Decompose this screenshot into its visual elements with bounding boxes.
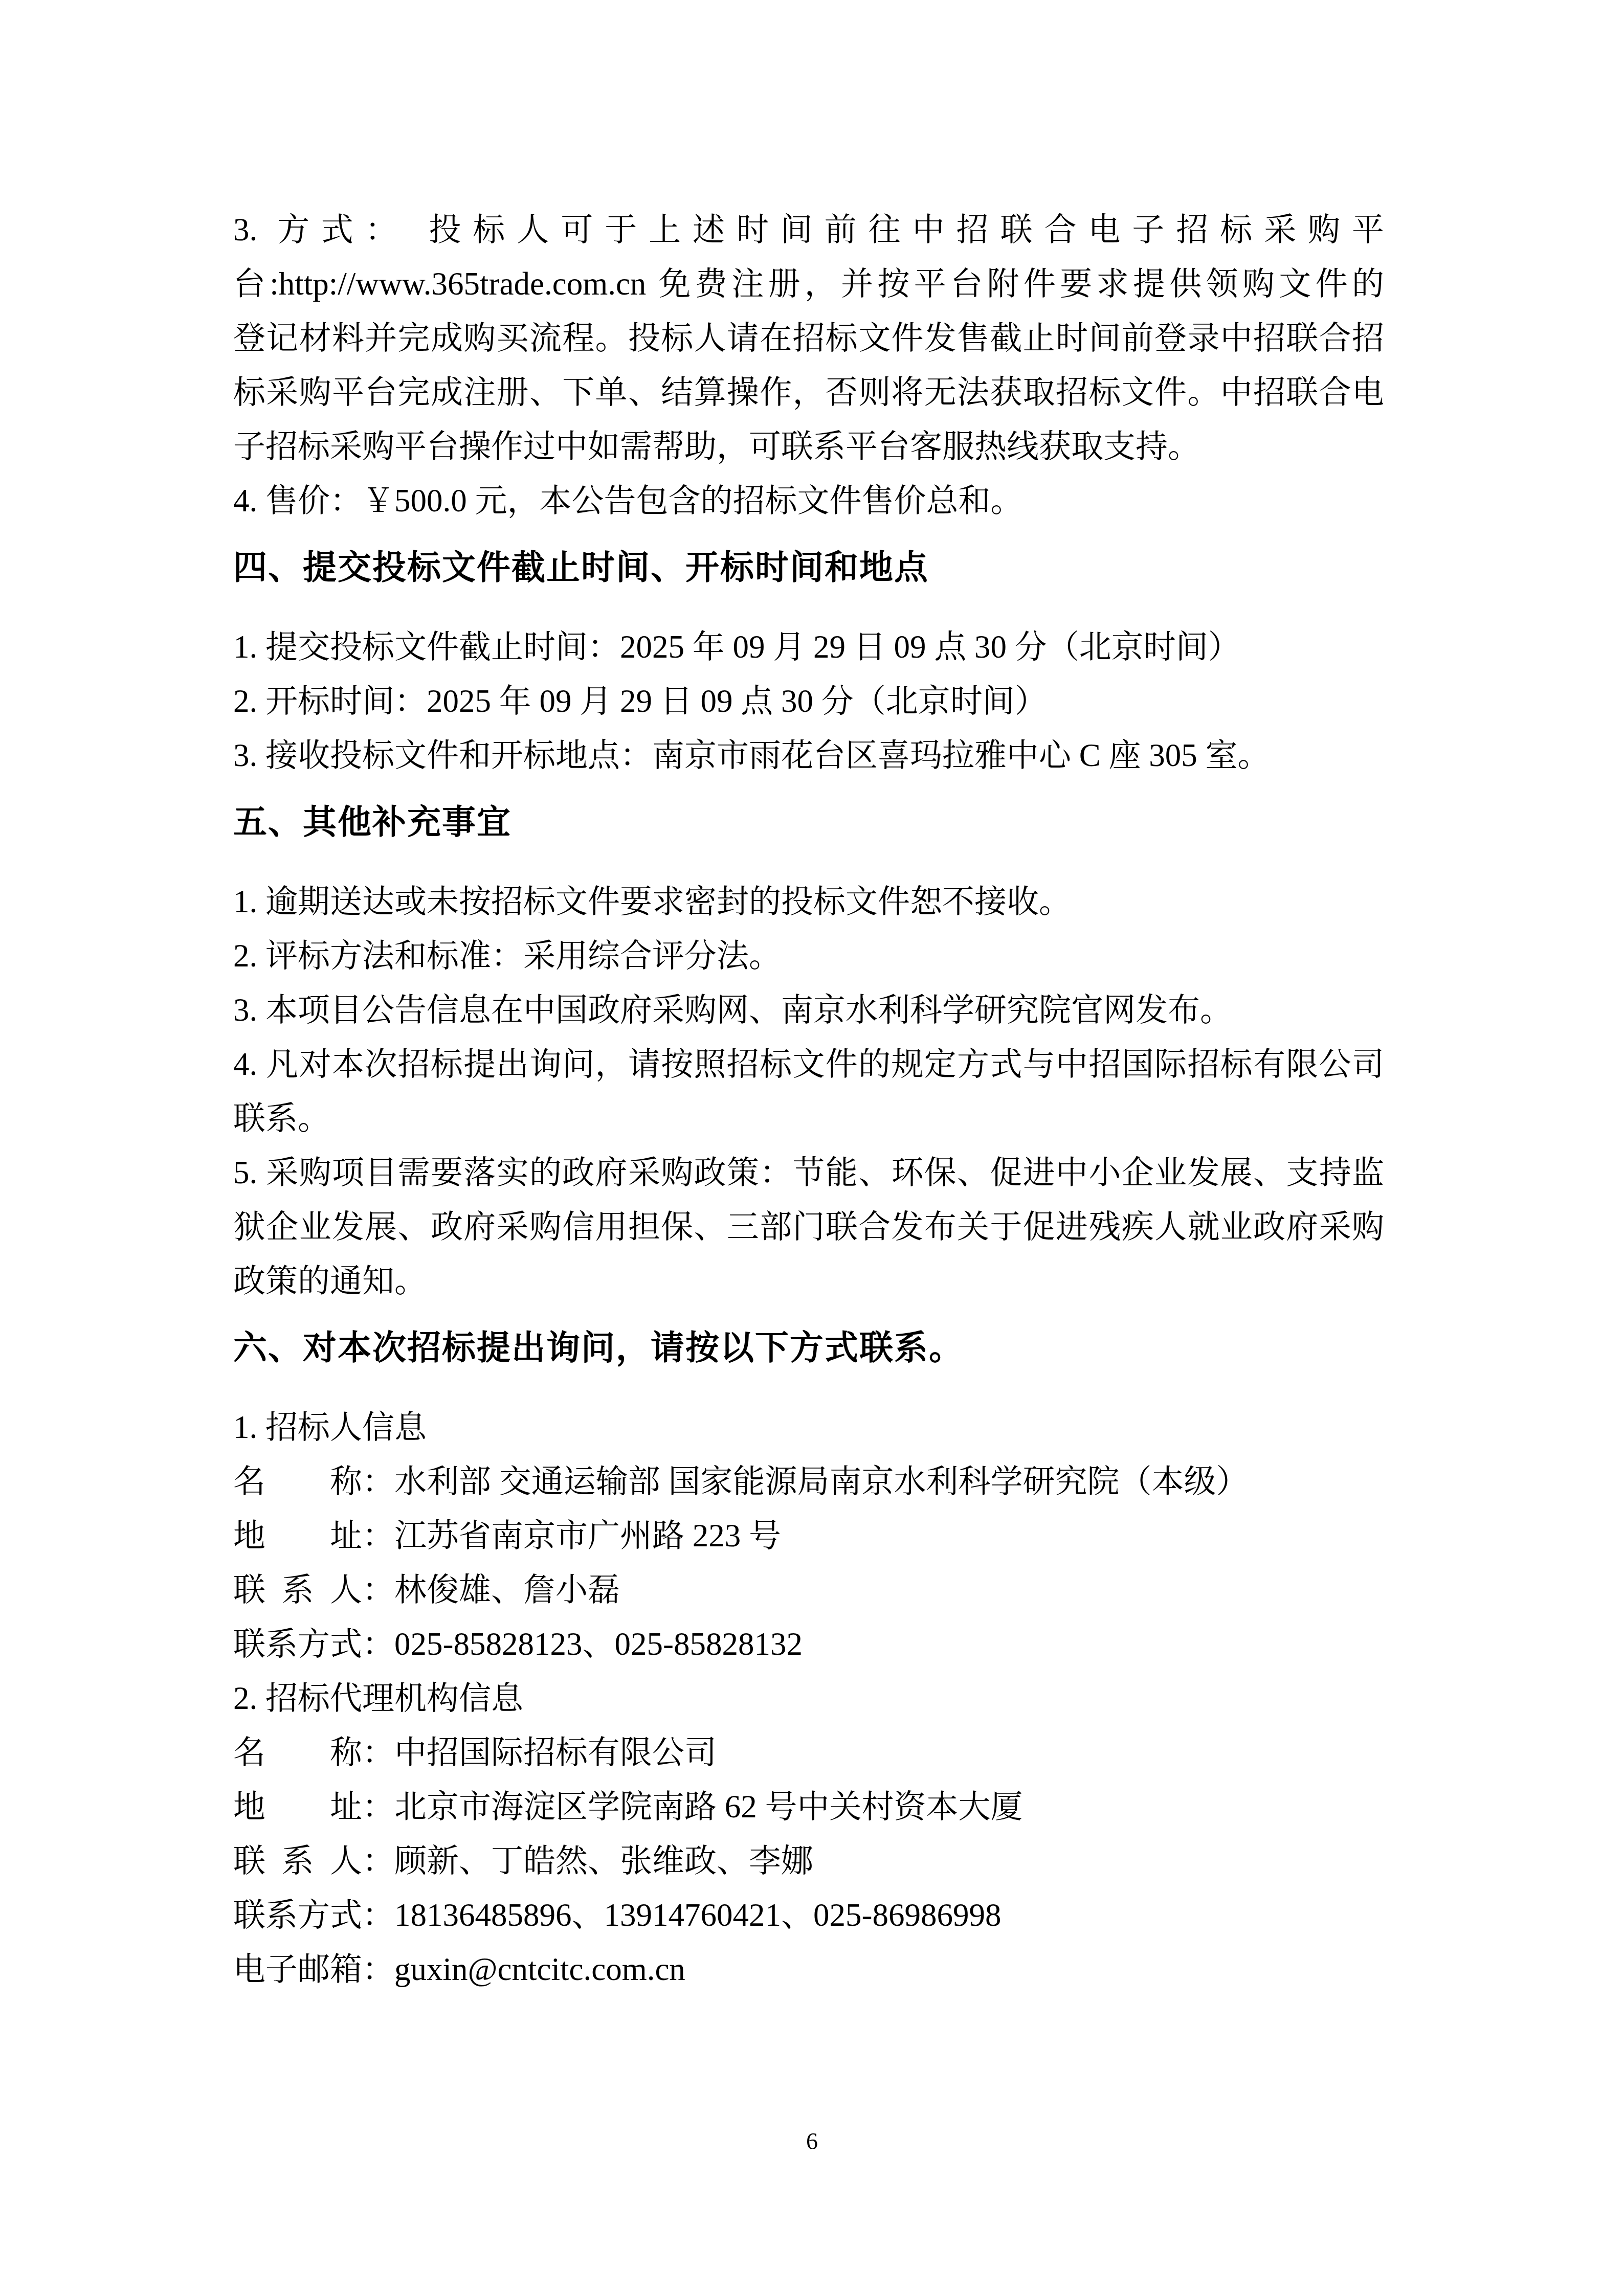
text-line: 2. 招标代理机构信息 <box>233 1671 1384 1725</box>
section-heading-4: 四、提交投标文件截止时间、开标时间和地点 <box>233 541 1384 595</box>
text-line: 4. 凡对本次招标提出询问，请按照招标文件的规定方式与中招国际招标有限公司 <box>233 1037 1384 1091</box>
section-heading-6: 六、对本次招标提出询问，请按以下方式联系。 <box>233 1321 1384 1376</box>
document-fee-method-paragraph: 3. 方式： 投标人可于上述时间前往中招联合电子招标采购平台:http://ww… <box>233 202 1384 474</box>
text-line: 名 称：水利部 交通运输部 国家能源局南京水利科学研究院（本级） <box>233 1454 1384 1509</box>
section-heading-5: 五、其他补充事宜 <box>233 796 1384 850</box>
text-line: 狱企业发展、政府采购信用担保、三部门联合发布关于促进残疾人就业政府采购 <box>233 1200 1384 1254</box>
text-line: 5. 采购项目需要落实的政府采购政策：节能、环保、促进中小企业发展、支持监 <box>233 1145 1384 1200</box>
text-line: 3. 本项目公告信息在中国政府采购网、南京水利科学研究院官网发布。 <box>233 983 1384 1037</box>
text-line: 名 称：中招国际招标有限公司 <box>233 1725 1384 1780</box>
text-line: 联系。 <box>233 1091 1384 1145</box>
document-price-paragraph: 4. 售价：￥500.0 元，本公告包含的招标文件售价总和。 <box>233 474 1384 528</box>
text-line: 4. 售价：￥500.0 元，本公告包含的招标文件售价总和。 <box>233 474 1384 528</box>
text-line: 1. 招标人信息 <box>233 1400 1384 1454</box>
text-line: 台:http://www.365trade.com.cn 免费注册，并按平台附件… <box>233 257 1384 311</box>
text-line: 标采购平台完成注册、下单、结算操作，否则将无法获取招标文件。中招联合电 <box>233 365 1384 419</box>
section-4-items: 1. 提交投标文件截止时间：2025 年 09 月 29 日 09 点 30 分… <box>233 620 1384 782</box>
text-line: 联系方式：18136485896、13914760421、025-8698699… <box>233 1888 1384 1942</box>
page-number: 6 <box>0 2127 1624 2156</box>
tenderer-info: 1. 招标人信息名 称：水利部 交通运输部 国家能源局南京水利科学研究院（本级）… <box>233 1400 1384 1996</box>
text-line: 3. 接收投标文件和开标地点：南京市雨花台区喜玛拉雅中心 C 座 305 室。 <box>233 728 1384 782</box>
text-line: 登记材料并完成购买流程。投标人请在招标文件发售截止时间前登录中招联合招 <box>233 311 1384 365</box>
text-line: 联系方式：025-85828123、025-85828132 <box>233 1617 1384 1671</box>
text-line: 1. 提交投标文件截止时间：2025 年 09 月 29 日 09 点 30 分… <box>233 620 1384 674</box>
document-content: 3. 方式： 投标人可于上述时间前往中招联合电子招标采购平台:http://ww… <box>233 202 1384 1996</box>
text-line: 政策的通知。 <box>233 1254 1384 1308</box>
text-line: 地 址：北京市海淀区学院南路 62 号中关村资本大厦 <box>233 1780 1384 1834</box>
document-page: 3. 方式： 投标人可于上述时间前往中招联合电子招标采购平台:http://ww… <box>0 0 1624 2296</box>
text-line: 联 系 人：顾新、丁皓然、张维政、李娜 <box>233 1834 1384 1888</box>
text-line: 地 址：江苏省南京市广州路 223 号 <box>233 1509 1384 1563</box>
section-5-items: 1. 逾期送达或未按招标文件要求密封的投标文件恕不接收。2. 评标方法和标准：采… <box>233 874 1384 1308</box>
text-line: 2. 评标方法和标准：采用综合评分法。 <box>233 929 1384 983</box>
text-line: 联 系 人：林俊雄、詹小磊 <box>233 1563 1384 1617</box>
text-line: 2. 开标时间：2025 年 09 月 29 日 09 点 30 分（北京时间） <box>233 674 1384 728</box>
text-line: 电子邮箱：guxin@cntcitc.com.cn <box>233 1942 1384 1996</box>
text-line: 1. 逾期送达或未按招标文件要求密封的投标文件恕不接收。 <box>233 874 1384 929</box>
text-line: 3. 方式： 投标人可于上述时间前往中招联合电子招标采购平 <box>233 202 1384 257</box>
text-line: 子招标采购平台操作过中如需帮助，可联系平台客服热线获取支持。 <box>233 419 1384 474</box>
